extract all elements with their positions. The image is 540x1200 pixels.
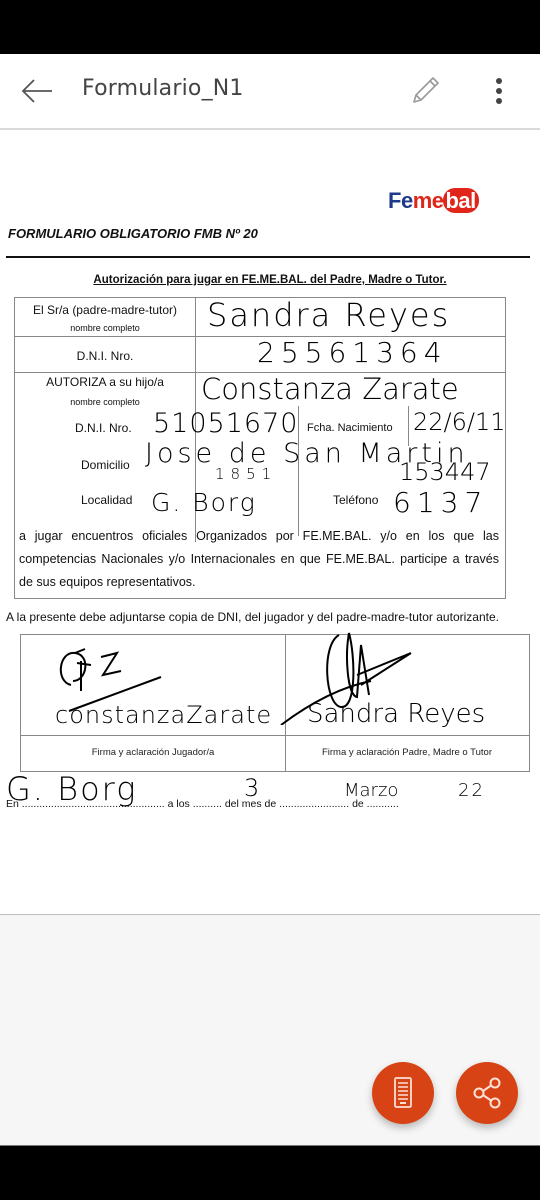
city-handwritten: G. Borg	[151, 488, 257, 517]
address-label: Domicilio	[81, 458, 130, 472]
parent-name-handwritten: Sandra Reyes	[207, 296, 450, 334]
document-title: Formulario_N1	[82, 76, 244, 101]
day-handwritten: 3	[244, 774, 259, 802]
parent-label: El Sr/a (padre-madre-tutor)	[15, 303, 195, 317]
femebal-logo: Femebal	[388, 188, 479, 214]
birth-date-handwritten: 22/6/11	[413, 408, 506, 436]
phone-handwritten-line2: 6137	[393, 486, 488, 519]
city-label: Localidad	[81, 493, 132, 507]
form-subtitle: Autorización para jugar en FE.ME.BAL. de…	[0, 274, 540, 286]
child-name-handwritten: Constanza Zarate	[201, 372, 459, 406]
authorization-box: El Sr/a (padre-madre-tutor) nombre compl…	[14, 297, 506, 599]
more-vert-icon[interactable]	[488, 74, 510, 108]
birth-date-label: Fcha. Nacimiento	[307, 422, 393, 434]
child-dni-handwritten: 51051670	[153, 408, 298, 439]
document-page: Femebal FORMULARIO OBLIGATORIO FMB Nº 20…	[0, 130, 540, 915]
parent-dni-handwritten: 25561364	[257, 336, 448, 369]
navigation-bar	[0, 1145, 540, 1200]
child-dni-label: D.N.I. Nro.	[75, 421, 132, 435]
signature-box: constanzaZarate Sandra Reyes Firma y acl…	[20, 634, 530, 772]
child-fullname-hint: nombre completo	[15, 397, 195, 407]
share-icon	[456, 1062, 518, 1124]
app-bar: Formulario_N1	[0, 54, 540, 130]
place-handwritten: G. Borg	[6, 770, 137, 808]
title-divider	[6, 256, 530, 258]
parent-dni-label: D.N.I. Nro.	[15, 349, 195, 363]
year-handwritten: 22	[458, 780, 485, 801]
phone-label: Teléfono	[333, 493, 378, 507]
authorizes-label: AUTORIZA a su hijo/a	[15, 375, 195, 389]
parent-fullname-hint: nombre completo	[15, 323, 195, 333]
player-clarification-handwritten: constanzaZarate	[55, 701, 272, 729]
pencil-edit-icon[interactable]	[408, 74, 442, 108]
address-number-handwritten: 1851	[215, 465, 277, 483]
reading-mode-button[interactable]	[372, 1062, 434, 1124]
reader-mode-icon	[372, 1062, 434, 1124]
form-title: FORMULARIO OBLIGATORIO FMB Nº 20	[8, 226, 258, 241]
player-signature-label: Firma y aclaración Jugador/a	[21, 747, 285, 758]
share-button[interactable]	[456, 1062, 518, 1124]
authorization-paragraph: a jugar encuentros oficiales Organizados…	[19, 525, 499, 594]
parent-clarification-handwritten: Sandra Reyes	[307, 699, 485, 729]
phone-handwritten-line1: 153447	[399, 458, 491, 486]
month-handwritten: Marzo	[344, 780, 398, 801]
back-arrow-icon[interactable]	[20, 76, 54, 106]
parent-signature-label: Firma y aclaración Padre, Madre o Tutor	[285, 747, 529, 758]
status-bar	[0, 0, 540, 54]
